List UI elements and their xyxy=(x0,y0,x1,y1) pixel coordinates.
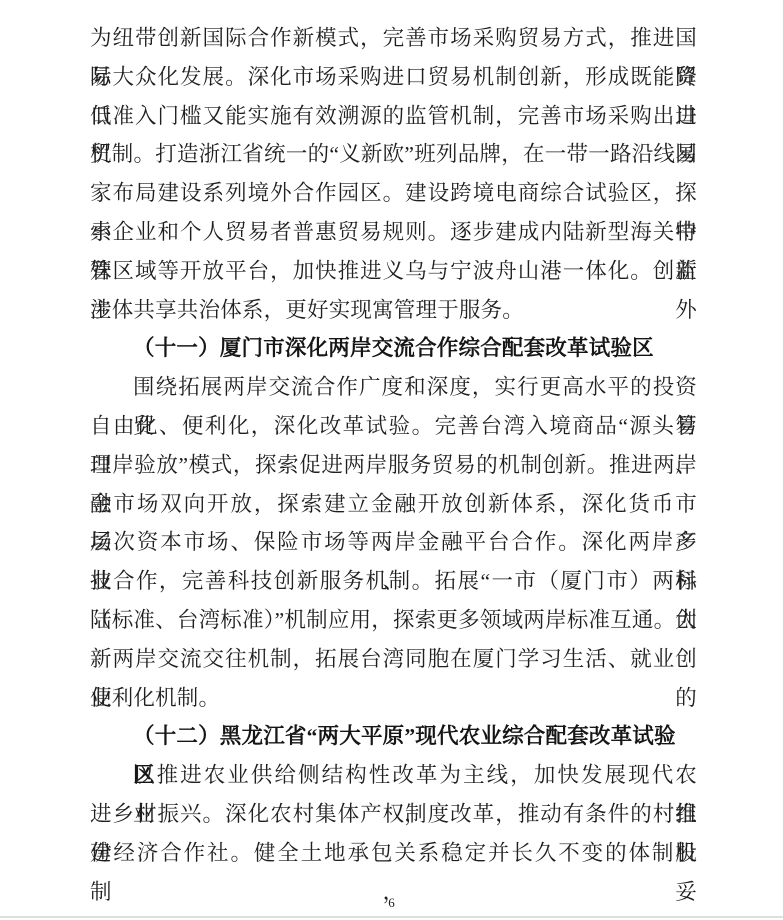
text-line: 小企业和个人贸易者普惠贸易规则。逐步建成内陆新型海关特殊监 xyxy=(90,213,697,252)
text-line: 新两岸交流交往机制，拓展台湾同胞在厦门学习生活、就业创业的 xyxy=(90,640,697,679)
text-line: 管区域等开放平台，加快推进义乌与宁波舟山港一体化。创新涉外 xyxy=(90,252,697,291)
text-line: 为纽带创新国际合作新模式，完善市场采购贸易方式，推进国际贸 xyxy=(90,19,697,58)
text-line: 技合作，完善科技创新服务机制。拓展“一市（厦门市）两标（大 xyxy=(90,562,697,601)
text-line: 融市场双向开放，探索建立金融开放创新体系，深化货币市场、多 xyxy=(90,485,697,524)
document-page: 为纽带创新国际合作新模式，完善市场采购贸易方式，推进国际贸易大众化发展。深化市场… xyxy=(0,0,783,920)
text-line: 份经济合作社。健全土地承包关系稳定并长久不变的体制机制，妥 xyxy=(90,834,697,873)
text-line: 机制。打造浙江省统一的“义新欧”班列品牌，在一带一路沿线国 xyxy=(90,135,697,174)
page-footer: 6 xyxy=(0,894,783,912)
text-line: 围绕拓展两岸交流合作广度和深度，实行更高水平的投资贸易 xyxy=(90,368,697,407)
text-line: 口准入门槛又能实施有效溯源的监管机制，完善市场采购出口贸易 xyxy=(90,97,697,136)
page-number: 6 xyxy=(388,895,395,910)
text-line: 层次资本市场、保险市场等两岸金融平台合作。深化两岸产业、科 xyxy=(90,523,697,562)
text-line: 进乡村振兴。深化农村集体产权制度改革，推动有条件的村组建股 xyxy=(90,795,697,834)
document-text-block: 为纽带创新国际合作新模式，完善市场采购贸易方式，推进国际贸易大众化发展。深化市场… xyxy=(90,19,697,873)
section-heading: （十一）厦门市深化两岸交流合作综合配套改革试验区 xyxy=(90,329,697,368)
section-heading: （十二）黑龙江省“两大平原”现代农业综合配套改革试验区 xyxy=(90,717,697,756)
page-bottom-divider xyxy=(0,916,783,918)
text-line: 以推进农业供给侧结构性改革为主线，加快发展现代农业，推 xyxy=(90,756,697,795)
text-line: 自由化、便利化，深化改革试验。完善台湾入境商品“源头管理、 xyxy=(90,407,697,446)
text-line: 家布局建设系列境外合作园区。建设跨境电商综合试验区，探索中 xyxy=(90,174,697,213)
text-line: 易大众化发展。深化市场采购进口贸易机制创新，形成既能降低进 xyxy=(90,58,697,97)
text-line: 陆标准、台湾标准）”机制应用，探索更多领域两岸标准互通。创 xyxy=(90,601,697,640)
text-line: 口岸验放”模式，探索促进两岸服务贸易的机制创新。推进两岸金 xyxy=(90,446,697,485)
